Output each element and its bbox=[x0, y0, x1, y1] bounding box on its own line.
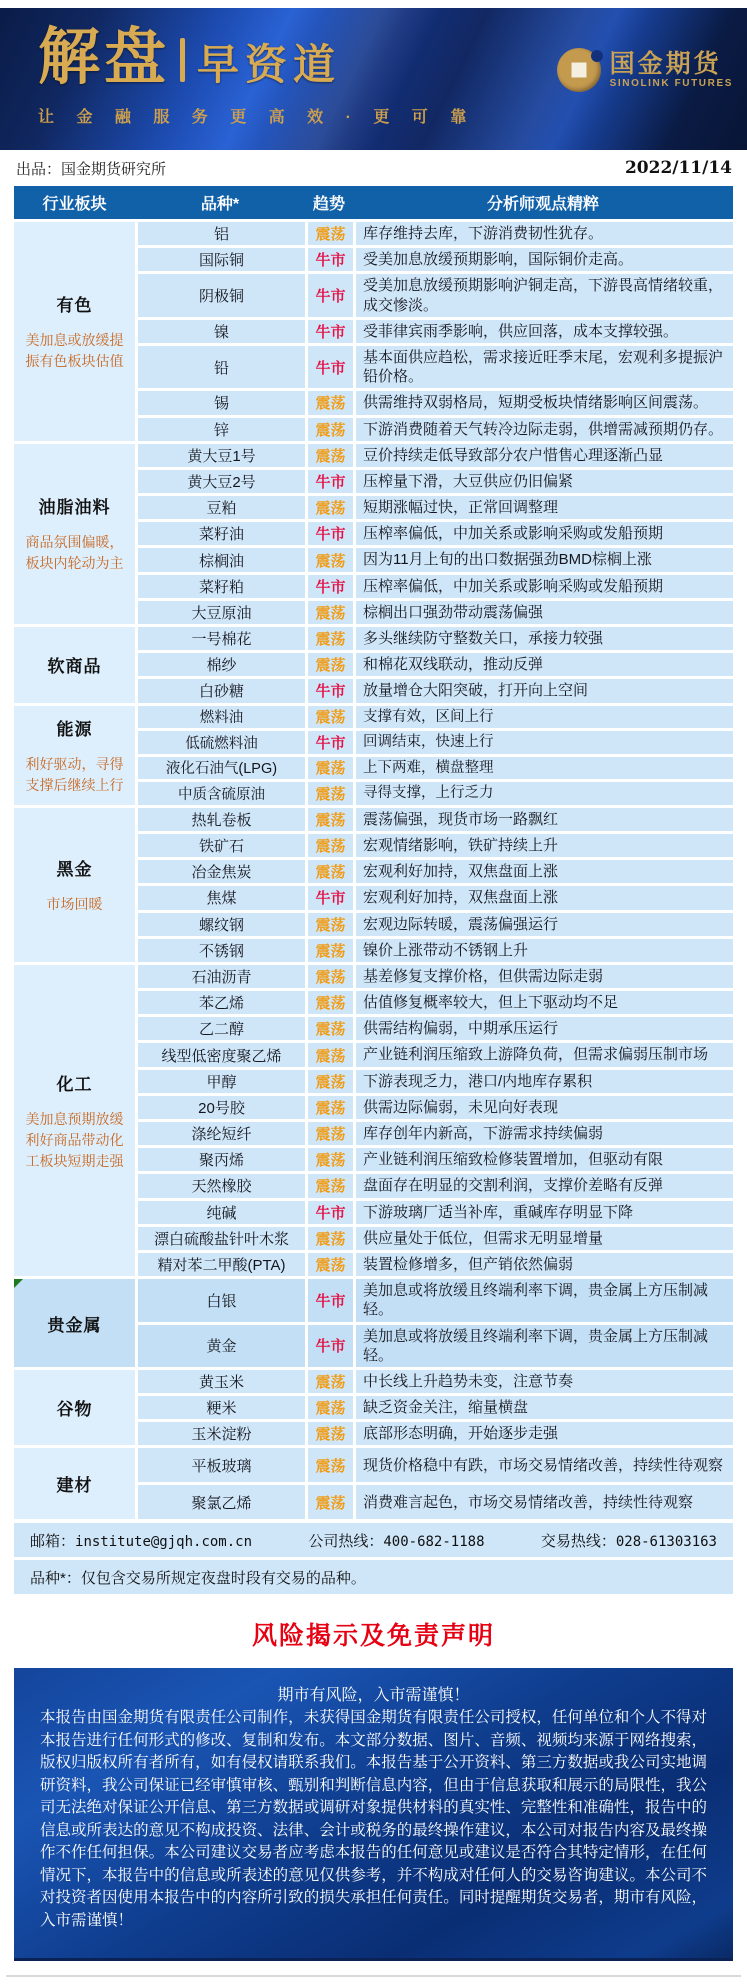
analyst-view-cell: 棕榈出口强劲带动震荡偏强 bbox=[356, 601, 733, 624]
table-body: 有色美加息或放缓提振有色板块估值铝震荡库存维持去库，下游消费韧性犹存。国际铜牛市… bbox=[14, 222, 733, 1519]
table-row: 大豆原油震荡棕榈出口强劲带动震荡偏强 bbox=[138, 601, 733, 624]
table-row: 液化石油气(LPG)震荡上下两难，横盘整理 bbox=[138, 757, 733, 780]
sector-cell: 建材 bbox=[14, 1448, 135, 1519]
table-row: 纯碱牛市下游玻璃厂适当补库，重碱库存明显下降 bbox=[138, 1201, 733, 1224]
sector-name: 黑金 bbox=[57, 855, 93, 880]
trend-cell: 震荡 bbox=[308, 1096, 353, 1119]
table-row: 涤纶短纤震荡库存创年内新高，下游需求持续偏弱 bbox=[138, 1122, 733, 1145]
trend-cell: 震荡 bbox=[308, 860, 353, 883]
contact-bar: 邮箱：institute@gjqh.com.cn 公司热线：400-682-11… bbox=[14, 1523, 733, 1557]
brand-title-sub: 早资道 bbox=[197, 44, 341, 86]
table-row: 豆粕震荡短期涨幅过快，正常回调整理 bbox=[138, 496, 733, 519]
product-cell: 棕榈油 bbox=[138, 548, 305, 571]
product-cell: 菜籽油 bbox=[138, 522, 305, 545]
trend-cell: 震荡 bbox=[308, 1485, 353, 1519]
trend-cell: 震荡 bbox=[308, 548, 353, 571]
analyst-view-cell: 支撑有效，区间上行 bbox=[356, 706, 733, 729]
disclaimer-title: 风险揭示及免责声明 bbox=[0, 1616, 747, 1652]
table-row: 螺纹钢震荡宏观边际转暖，震荡偏强运行 bbox=[138, 913, 733, 936]
product-cell: 平板玻璃 bbox=[138, 1448, 305, 1482]
product-cell: 不锈钢 bbox=[138, 939, 305, 962]
trend-cell: 震荡 bbox=[308, 757, 353, 780]
analyst-view-cell: 宏观利好加持，双焦盘面上涨 bbox=[356, 860, 733, 883]
sector-cell: 谷物 bbox=[14, 1370, 135, 1446]
table-row: 不锈钢震荡镍价上涨带动不锈钢上升 bbox=[138, 939, 733, 962]
trend-cell: 震荡 bbox=[308, 1043, 353, 1066]
sector-group-3: 能源利好驱动，寻得支撑后继续上行燃料油震荡支撑有效，区间上行低硫燃料油牛市回调结… bbox=[14, 706, 733, 805]
trend-cell: 震荡 bbox=[308, 391, 353, 414]
trend-cell: 震荡 bbox=[308, 965, 353, 988]
trend-cell: 牛市 bbox=[308, 470, 353, 493]
trend-cell: 震荡 bbox=[308, 1148, 353, 1171]
sector-group-4: 黑金市场回暖热轧卷板震荡震荡偏强，现货市场一路飘红铁矿石震荡宏观情绪影响，铁矿持… bbox=[14, 808, 733, 962]
coin-logo-icon bbox=[557, 48, 601, 92]
product-cell: 乙二醇 bbox=[138, 1017, 305, 1040]
report-date: 2022/11/14 bbox=[625, 158, 732, 178]
product-cell: 热轧卷板 bbox=[138, 808, 305, 831]
table-row: 中质含硫原油震荡寻得支撑，上行乏力 bbox=[138, 782, 733, 805]
table-row: 白砂糖牛市放量增仓大阳突破，打开向上空间 bbox=[138, 679, 733, 702]
analyst-view-cell: 估值修复概率较大，但上下驱动均不足 bbox=[356, 991, 733, 1014]
trend-cell: 牛市 bbox=[308, 731, 353, 754]
trend-cell: 震荡 bbox=[308, 1370, 353, 1393]
trend-cell: 牛市 bbox=[308, 346, 353, 388]
analysis-table: 行业板块 品种* 趋势 分析师观点精粹 有色美加息或放缓提振有色板块估值铝震荡库… bbox=[14, 186, 733, 1519]
trend-cell: 震荡 bbox=[308, 418, 353, 441]
trend-cell: 牛市 bbox=[308, 274, 353, 316]
hotline-item: 公司热线：400-682-1188 bbox=[308, 1530, 484, 1551]
sector-group-5: 化工美加息预期放缓利好商品带动化工板块短期走强石油沥青震荡基差修复支撑价格，但供… bbox=[14, 965, 733, 1276]
product-cell: 甲醇 bbox=[138, 1070, 305, 1093]
trend-cell: 震荡 bbox=[308, 1174, 353, 1197]
product-cell: 聚氯乙烯 bbox=[138, 1485, 305, 1519]
product-cell: 铅 bbox=[138, 346, 305, 388]
table-row: 冶金焦炭震荡宏观利好加持，双焦盘面上涨 bbox=[138, 860, 733, 883]
analyst-view-cell: 压榨率偏低，中加关系或影响采购或发船预期 bbox=[356, 522, 733, 545]
trend-cell: 牛市 bbox=[308, 679, 353, 702]
analyst-view-cell: 多头继续防守整数关口，承接力较强 bbox=[356, 627, 733, 650]
hotline-value: 400-682-1188 bbox=[383, 1534, 484, 1550]
product-cell: 国际铜 bbox=[138, 248, 305, 271]
analyst-view-cell: 盘面存在明显的交割利润，支撑价差略有反弹 bbox=[356, 1174, 733, 1197]
table-row: 菜籽油牛市压榨率偏低，中加关系或影响采购或发船预期 bbox=[138, 522, 733, 545]
trend-cell: 震荡 bbox=[308, 991, 353, 1014]
analyst-view-cell: 底部形态明确，开始逐步走强 bbox=[356, 1422, 733, 1445]
sector-group-8: 建材平板玻璃震荡现货价格稳中有跌，市场交易情绪改善，持续性待观察聚氯乙烯震荡消费… bbox=[14, 1448, 733, 1519]
sector-group-0: 有色美加息或放缓提振有色板块估值铝震荡库存维持去库，下游消费韧性犹存。国际铜牛市… bbox=[14, 222, 733, 441]
analyst-view-cell: 压榨率偏低，中加关系或影响采购或发船预期 bbox=[356, 575, 733, 598]
analyst-view-cell: 受美加息放缓预期影响，国际铜价走高。 bbox=[356, 248, 733, 271]
product-cell: 白银 bbox=[138, 1279, 305, 1321]
sector-name: 化工 bbox=[57, 1070, 93, 1095]
trend-cell: 震荡 bbox=[308, 653, 353, 676]
product-cell: 黄大豆1号 bbox=[138, 444, 305, 467]
analyst-view-cell: 和棉花双线联动，推动反弹 bbox=[356, 653, 733, 676]
product-cell: 纯碱 bbox=[138, 1201, 305, 1224]
sector-name: 能源 bbox=[57, 715, 93, 740]
table-row: 铝震荡库存维持去库，下游消费韧性犹存。 bbox=[138, 222, 733, 245]
col-header-trend: 趋势 bbox=[305, 191, 353, 214]
table-row: 乙二醇震荡供需结构偏弱，中期承压运行 bbox=[138, 1017, 733, 1040]
sector-note: 商品氛围偏暖，板块内轮动为主 bbox=[20, 532, 129, 574]
trend-cell: 震荡 bbox=[308, 444, 353, 467]
trend-cell: 震荡 bbox=[308, 222, 353, 245]
analyst-view-cell: 宏观利好加持，双焦盘面上涨 bbox=[356, 886, 733, 909]
sector-name: 谷物 bbox=[57, 1395, 93, 1420]
sector-cell: 能源利好驱动，寻得支撑后继续上行 bbox=[14, 706, 135, 805]
trend-cell: 震荡 bbox=[308, 913, 353, 936]
sector-name: 油脂油料 bbox=[39, 493, 111, 518]
trend-cell: 震荡 bbox=[308, 1396, 353, 1419]
report-page: 解盘 早资道 让 金 融 服 务 更 高 效 · 更 可 靠 国金期货 SINO… bbox=[0, 0, 747, 1985]
trend-cell: 震荡 bbox=[308, 601, 353, 624]
table-row: 锌震荡下游消费随着天气转冷边际走弱，供增需减预期仍存。 bbox=[138, 418, 733, 441]
brand-title-main: 解盘 bbox=[38, 26, 170, 88]
table-row: 黄大豆1号震荡豆价持续走低导致部分农户惜售心理逐渐凸显 bbox=[138, 444, 733, 467]
analyst-view-cell: 基差修复支撑价格，但供需边际走弱 bbox=[356, 965, 733, 988]
analyst-view-cell: 寻得支撑，上行乏力 bbox=[356, 782, 733, 805]
trend-cell: 牛市 bbox=[308, 886, 353, 909]
table-row: 焦煤牛市宏观利好加持，双焦盘面上涨 bbox=[138, 886, 733, 909]
sector-note: 市场回暖 bbox=[47, 894, 103, 915]
email-item: 邮箱：institute@gjqh.com.cn bbox=[30, 1530, 252, 1551]
sector-group-7: 谷物黄玉米震荡中长线上升趋势未变，注意节奏粳米震荡缺乏资金关注，缩量横盘玉米淀粉… bbox=[14, 1370, 733, 1446]
analyst-view-cell: 受菲律宾雨季影响，供应回落，成本支撑较强。 bbox=[356, 320, 733, 343]
trend-cell: 震荡 bbox=[308, 496, 353, 519]
table-row: 铅牛市基本面供应趋松，需求接近旺季末尾，宏观利多提振沪铅价格。 bbox=[138, 346, 733, 388]
analyst-view-cell: 镍价上涨带动不锈钢上升 bbox=[356, 939, 733, 962]
product-cell: 白砂糖 bbox=[138, 679, 305, 702]
analyst-view-cell: 消费难言起色，市场交易情绪改善，持续性待观察 bbox=[356, 1485, 733, 1519]
analyst-view-cell: 库存创年内新高，下游需求持续偏弱 bbox=[356, 1122, 733, 1145]
product-cell: 粳米 bbox=[138, 1396, 305, 1419]
table-row: 白银牛市美加息或将放缓且终端利率下调，贵金属上方压制减轻。 bbox=[138, 1279, 733, 1321]
product-cell: 黄大豆2号 bbox=[138, 470, 305, 493]
sector-cell: 软商品 bbox=[14, 627, 135, 703]
product-cell: 锌 bbox=[138, 418, 305, 441]
brand-block: 解盘 早资道 让 金 融 服 务 更 高 效 · 更 可 靠 bbox=[38, 26, 475, 127]
col-header-sector: 行业板块 bbox=[14, 191, 135, 214]
sector-group-6: 贵金属白银牛市美加息或将放缓且终端利率下调，贵金属上方压制减轻。黄金牛市美加息或… bbox=[14, 1279, 733, 1367]
analyst-view-cell: 美加息或将放缓且终端利率下调，贵金属上方压制减轻。 bbox=[356, 1325, 733, 1367]
green-corner-marker-icon bbox=[14, 1279, 23, 1288]
table-row: 阴极铜牛市受美加息放缓预期影响沪铜走高，下游畏高情绪较重，成交惨淡。 bbox=[138, 274, 733, 316]
table-row: 黄玉米震荡中长线上升趋势未变，注意节奏 bbox=[138, 1370, 733, 1393]
sector-cell: 油脂油料商品氛围偏暖，板块内轮动为主 bbox=[14, 444, 135, 624]
table-row: 热轧卷板震荡震荡偏强，现货市场一路飘红 bbox=[138, 808, 733, 831]
analyst-view-cell: 宏观情绪影响，铁矿持续上升 bbox=[356, 834, 733, 857]
product-cell: 锡 bbox=[138, 391, 305, 414]
trade-hotline-label: 交易热线： bbox=[541, 1533, 616, 1550]
trend-cell: 震荡 bbox=[308, 808, 353, 831]
company-logo: 国金期货 SINOLINK FUTURES bbox=[557, 48, 733, 92]
product-cell: 黄金 bbox=[138, 1325, 305, 1367]
logo-text-en: SINOLINK FUTURES bbox=[610, 78, 733, 89]
table-row: 一号棉花震荡多头继续防守整数关口，承接力较强 bbox=[138, 627, 733, 650]
analyst-view-cell: 供需结构偏弱，中期承压运行 bbox=[356, 1017, 733, 1040]
product-cell: 冶金焦炭 bbox=[138, 860, 305, 883]
analyst-view-cell: 短期涨幅过快，正常回调整理 bbox=[356, 496, 733, 519]
table-row: 苯乙烯震荡估值修复概率较大，但上下驱动均不足 bbox=[138, 991, 733, 1014]
analyst-view-cell: 供需边际偏弱，未见向好表现 bbox=[356, 1096, 733, 1119]
analyst-view-cell: 中长线上升趋势未变，注意节奏 bbox=[356, 1370, 733, 1393]
table-row: 甲醇震荡下游表现乏力，港口/内地库存累积 bbox=[138, 1070, 733, 1093]
disclaimer-body: 本报告由国金期货有限责任公司制作，未获得国金期货有限责任公司授权，任何单位和个人… bbox=[40, 1707, 707, 1932]
trend-cell: 牛市 bbox=[308, 1201, 353, 1224]
trade-hotline-value: 028-61303163 bbox=[616, 1534, 717, 1550]
analyst-view-cell: 上下两难，横盘整理 bbox=[356, 757, 733, 780]
product-note: 品种*：仅包含交易所规定夜盘时段有交易的品种。 bbox=[30, 1567, 366, 1588]
logo-text-cn: 国金期货 bbox=[610, 51, 733, 79]
table-row: 天然橡胶震荡盘面存在明显的交割利润，支撑价差略有反弹 bbox=[138, 1174, 733, 1197]
table-row: 国际铜牛市受美加息放缓预期影响，国际铜价走高。 bbox=[138, 248, 733, 271]
analyst-view-cell: 震荡偏强，现货市场一路飘红 bbox=[356, 808, 733, 831]
sector-name: 贵金属 bbox=[48, 1311, 102, 1336]
brand-divider-bar bbox=[180, 38, 185, 82]
table-row: 锡震荡供需维持双弱格局，短期受板块情绪影响区间震荡。 bbox=[138, 391, 733, 414]
product-note-bar: 品种*：仅包含交易所规定夜盘时段有交易的品种。 bbox=[14, 1560, 733, 1594]
trend-cell: 震荡 bbox=[308, 1227, 353, 1250]
sector-group-1: 油脂油料商品氛围偏暖，板块内轮动为主黄大豆1号震荡豆价持续走低导致部分农户惜售心… bbox=[14, 444, 733, 624]
trend-cell: 震荡 bbox=[308, 782, 353, 805]
sector-cell: 有色美加息或放缓提振有色板块估值 bbox=[14, 222, 135, 441]
table-row: 菜籽粕牛市压榨率偏低，中加关系或影响采购或发船预期 bbox=[138, 575, 733, 598]
product-cell: 黄玉米 bbox=[138, 1370, 305, 1393]
brand-tagline: 让 金 融 服 务 更 高 效 · 更 可 靠 bbox=[38, 104, 475, 127]
table-row: 平板玻璃震荡现货价格稳中有跌，市场交易情绪改善，持续性待观察 bbox=[138, 1448, 733, 1482]
sector-cell: 黑金市场回暖 bbox=[14, 808, 135, 962]
table-row: 镍牛市受菲律宾雨季影响，供应回落，成本支撑较强。 bbox=[138, 320, 733, 343]
product-cell: 焦煤 bbox=[138, 886, 305, 909]
product-cell: 阴极铜 bbox=[138, 274, 305, 316]
analyst-view-cell: 美加息或将放缓且终端利率下调，贵金属上方压制减轻。 bbox=[356, 1279, 733, 1321]
analyst-view-cell: 下游消费随着天气转冷边际走弱，供增需减预期仍存。 bbox=[356, 418, 733, 441]
analyst-view-cell: 豆价持续走低导致部分农户惜售心理逐渐凸显 bbox=[356, 444, 733, 467]
email-label: 邮箱： bbox=[30, 1533, 75, 1550]
trend-cell: 震荡 bbox=[308, 706, 353, 729]
analyst-view-cell: 产业链利润压缩致上游降负荷，但需求偏弱压制市场 bbox=[356, 1043, 733, 1066]
trend-cell: 震荡 bbox=[308, 1070, 353, 1093]
trade-hotline-item: 交易热线：028-61303163 bbox=[541, 1530, 717, 1551]
table-row: 黄大豆2号牛市压榨量下滑，大豆供应仍旧偏紧 bbox=[138, 470, 733, 493]
sector-name: 软商品 bbox=[48, 652, 102, 677]
analyst-view-cell: 现货价格稳中有跌，市场交易情绪改善，持续性待观察 bbox=[356, 1448, 733, 1482]
sector-cell: 化工美加息预期放缓利好商品带动化工板块短期走强 bbox=[14, 965, 135, 1276]
table-row: 黄金牛市美加息或将放缓且终端利率下调，贵金属上方压制减轻。 bbox=[138, 1325, 733, 1367]
table-row: 聚丙烯震荡产业链利润压缩致检修装置增加，但驱动有限 bbox=[138, 1148, 733, 1171]
product-cell: 铝 bbox=[138, 222, 305, 245]
trend-cell: 震荡 bbox=[308, 1448, 353, 1482]
table-row: 铁矿石震荡宏观情绪影响，铁矿持续上升 bbox=[138, 834, 733, 857]
product-cell: 一号棉花 bbox=[138, 627, 305, 650]
product-cell: 菜籽粕 bbox=[138, 575, 305, 598]
product-cell: 涤纶短纤 bbox=[138, 1122, 305, 1145]
product-cell: 苯乙烯 bbox=[138, 991, 305, 1014]
product-cell: 液化石油气(LPG) bbox=[138, 757, 305, 780]
trend-cell: 牛市 bbox=[308, 248, 353, 271]
product-cell: 豆粕 bbox=[138, 496, 305, 519]
product-cell: 燃料油 bbox=[138, 706, 305, 729]
sector-name: 有色 bbox=[57, 291, 93, 316]
analyst-view-cell: 下游玻璃厂适当补库，重碱库存明显下降 bbox=[356, 1201, 733, 1224]
sector-cell: 贵金属 bbox=[14, 1279, 135, 1367]
risk-warning: 期市有风险，入市需谨慎！ bbox=[40, 1682, 707, 1705]
table-row: 聚氯乙烯震荡消费难言起色，市场交易情绪改善，持续性待观察 bbox=[138, 1485, 733, 1519]
col-header-product: 品种* bbox=[135, 191, 305, 214]
analyst-view-cell: 下游表现乏力，港口/内地库存累积 bbox=[356, 1070, 733, 1093]
table-row: 棉纱震荡和棉花双线联动，推动反弹 bbox=[138, 653, 733, 676]
table-header-row: 行业板块 品种* 趋势 分析师观点精粹 bbox=[14, 186, 733, 219]
analyst-view-cell: 基本面供应趋松，需求接近旺季末尾，宏观利多提振沪铅价格。 bbox=[356, 346, 733, 388]
analyst-view-cell: 压榨量下滑，大豆供应仍旧偏紧 bbox=[356, 470, 733, 493]
sector-name: 建材 bbox=[57, 1471, 93, 1496]
trend-cell: 震荡 bbox=[308, 834, 353, 857]
trend-cell: 牛市 bbox=[308, 1279, 353, 1321]
meta-bar: 出品：国金期货研究所 2022/11/14 bbox=[0, 150, 747, 186]
product-cell: 石油沥青 bbox=[138, 965, 305, 988]
product-cell: 天然橡胶 bbox=[138, 1174, 305, 1197]
trend-cell: 震荡 bbox=[308, 1422, 353, 1445]
sector-note: 美加息或放缓提振有色板块估值 bbox=[20, 330, 129, 372]
table-row: 低硫燃料油牛市回调结束，快速上行 bbox=[138, 731, 733, 754]
product-cell: 大豆原油 bbox=[138, 601, 305, 624]
trend-cell: 牛市 bbox=[308, 522, 353, 545]
product-cell: 聚丙烯 bbox=[138, 1148, 305, 1171]
trend-cell: 震荡 bbox=[308, 1017, 353, 1040]
product-cell: 中质含硫原油 bbox=[138, 782, 305, 805]
disclaimer-box: 期市有风险，入市需谨慎！ 本报告由国金期货有限责任公司制作，未获得国金期货有限责… bbox=[14, 1668, 733, 1961]
analyst-view-cell: 宏观边际转暖，震荡偏强运行 bbox=[356, 913, 733, 936]
sector-group-2: 软商品一号棉花震荡多头继续防守整数关口，承接力较强棉纱震荡和棉花双线联动，推动反… bbox=[14, 627, 733, 703]
analyst-view-cell: 产业链利润压缩致检修装置增加，但驱动有限 bbox=[356, 1148, 733, 1171]
analyst-view-cell: 供应量处于低位，但需求无明显增量 bbox=[356, 1227, 733, 1250]
table-row: 玉米淀粉震荡底部形态明确，开始逐步走强 bbox=[138, 1422, 733, 1445]
table-row: 粳米震荡缺乏资金关注，缩量横盘 bbox=[138, 1396, 733, 1419]
analyst-view-cell: 受美加息放缓预期影响沪铜走高，下游畏高情绪较重，成交惨淡。 bbox=[356, 274, 733, 316]
trend-cell: 震荡 bbox=[308, 1253, 353, 1276]
table-row: 精对苯二甲酸(PTA)震荡装置检修增多，但产销依然偏弱 bbox=[138, 1253, 733, 1276]
product-cell: 玉米淀粉 bbox=[138, 1422, 305, 1445]
email-value: institute@gjqh.com.cn bbox=[75, 1534, 252, 1550]
product-cell: 棉纱 bbox=[138, 653, 305, 676]
trend-cell: 牛市 bbox=[308, 1325, 353, 1367]
product-cell: 镍 bbox=[138, 320, 305, 343]
trend-cell: 震荡 bbox=[308, 1122, 353, 1145]
table-row: 燃料油震荡支撑有效，区间上行 bbox=[138, 706, 733, 729]
analyst-view-cell: 回调结束，快速上行 bbox=[356, 731, 733, 754]
product-cell: 线型低密度聚乙烯 bbox=[138, 1043, 305, 1066]
table-row: 漂白硫酸盐针叶木浆震荡供应量处于低位，但需求无明显增量 bbox=[138, 1227, 733, 1250]
sector-note: 利好驱动，寻得支撑后继续上行 bbox=[20, 754, 129, 796]
product-cell: 精对苯二甲酸(PTA) bbox=[138, 1253, 305, 1276]
table-row: 石油沥青震荡基差修复支撑价格，但供需边际走弱 bbox=[138, 965, 733, 988]
analyst-view-cell: 放量增仓大阳突破，打开向上空间 bbox=[356, 679, 733, 702]
table-row: 棕榈油震荡因为11月上旬的出口数据强劲BMD棕榈上涨 bbox=[138, 548, 733, 571]
table-row: 20号胶震荡供需边际偏弱，未见向好表现 bbox=[138, 1096, 733, 1119]
trend-cell: 牛市 bbox=[308, 575, 353, 598]
product-cell: 漂白硫酸盐针叶木浆 bbox=[138, 1227, 305, 1250]
analyst-view-cell: 因为11月上旬的出口数据强劲BMD棕榈上涨 bbox=[356, 548, 733, 571]
analyst-view-cell: 缺乏资金关注，缩量横盘 bbox=[356, 1396, 733, 1419]
trend-cell: 牛市 bbox=[308, 320, 353, 343]
producer-label: 出品：国金期货研究所 bbox=[16, 158, 166, 179]
col-header-view: 分析师观点精粹 bbox=[353, 191, 733, 214]
analyst-view-cell: 供需维持双弱格局，短期受板块情绪影响区间震荡。 bbox=[356, 391, 733, 414]
analyst-view-cell: 装置检修增多，但产销依然偏弱 bbox=[356, 1253, 733, 1276]
table-row: 线型低密度聚乙烯震荡产业链利润压缩致上游降负荷，但需求偏弱压制市场 bbox=[138, 1043, 733, 1066]
product-cell: 低硫燃料油 bbox=[138, 731, 305, 754]
product-cell: 20号胶 bbox=[138, 1096, 305, 1119]
hotline-label: 公司热线： bbox=[308, 1533, 383, 1550]
banner: 解盘 早资道 让 金 融 服 务 更 高 效 · 更 可 靠 国金期货 SINO… bbox=[0, 8, 747, 150]
trend-cell: 震荡 bbox=[308, 627, 353, 650]
product-cell: 螺纹钢 bbox=[138, 913, 305, 936]
trend-cell: 震荡 bbox=[308, 939, 353, 962]
sector-note: 美加息预期放缓利好商品带动化工板块短期走强 bbox=[20, 1109, 129, 1172]
product-cell: 铁矿石 bbox=[138, 834, 305, 857]
analyst-view-cell: 库存维持去库，下游消费韧性犹存。 bbox=[356, 222, 733, 245]
